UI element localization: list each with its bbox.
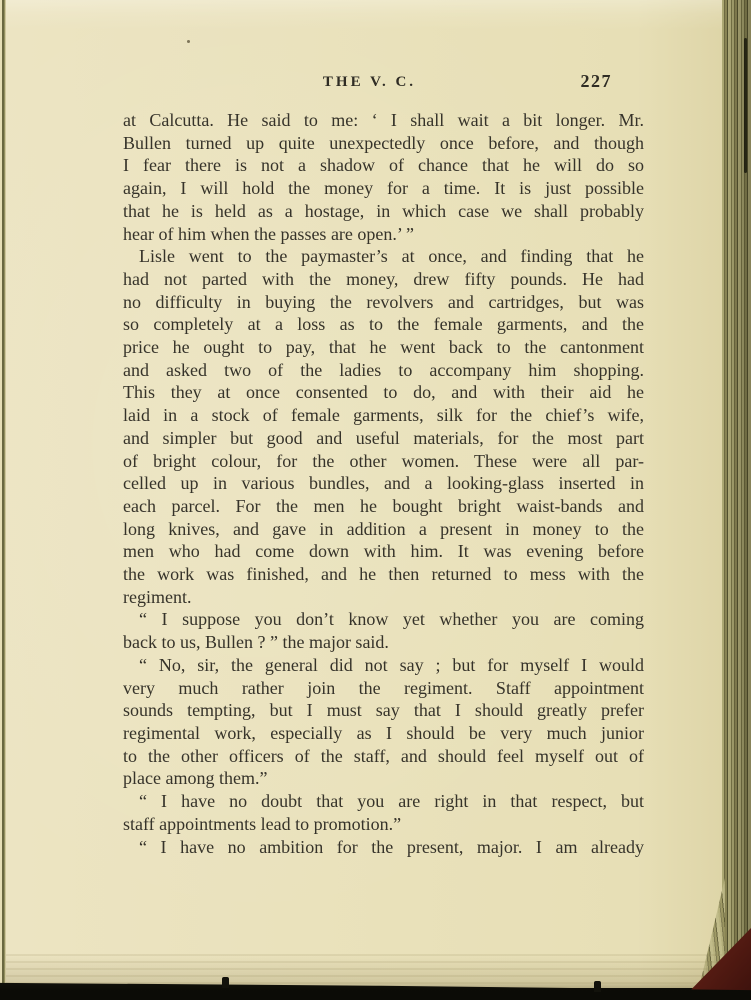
text-line: Bullen turned up quite unexpectedly once…: [123, 132, 644, 155]
page-bottom-edges: [6, 954, 722, 988]
text-line: “ I suppose you don’t know yet whether y…: [123, 608, 644, 631]
text-line: men who had come down with him. It was e…: [123, 540, 644, 563]
text-line: and asked two of the ladies to accompany…: [123, 359, 644, 382]
paragraph: “ I suppose you don’t know yet whether y…: [123, 608, 644, 653]
text-line: and simpler but good and useful material…: [123, 427, 644, 450]
page-number: 227: [581, 71, 613, 92]
text-line: laid in a stock of female garments, silk…: [123, 404, 644, 427]
band-mark: [222, 977, 229, 988]
paragraph: “ No, sir, the general did not say ; but…: [123, 654, 644, 790]
book-page: THE V. C. 227 at Calcutta. He said to me…: [6, 0, 722, 988]
text-line: “ I have no ambition for the present, ma…: [123, 836, 644, 859]
text-line: long knives, and gave in addition a pres…: [123, 518, 644, 541]
page-text: at Calcutta. He said to me: ‘ I shall wa…: [123, 109, 644, 858]
text-line: very much rather join the regiment. Staf…: [123, 677, 644, 700]
paragraph: at Calcutta. He said to me: ‘ I shall wa…: [123, 109, 644, 245]
text-line: of bright colour, for the other women. T…: [123, 450, 644, 473]
text-line: place among them.”: [123, 767, 644, 790]
running-title: THE V. C.: [109, 74, 630, 91]
text-line: regiment.: [123, 586, 644, 609]
text-line: “ No, sir, the general did not say ; but…: [123, 654, 644, 677]
text-line: regimental work, especially as I should …: [123, 722, 644, 745]
text-line: price he ought to pay, that he went back…: [123, 336, 644, 359]
paragraph: “ I have no ambition for the present, ma…: [123, 836, 644, 859]
book-scan: THE V. C. 227 at Calcutta. He said to me…: [0, 0, 751, 1000]
paragraph: “ I have no doubt that you are right in …: [123, 790, 644, 835]
text-line: This they at once consented to do, and w…: [123, 381, 644, 404]
text-line: to the other officers of the staff, and …: [123, 745, 644, 768]
running-header: THE V. C. 227: [123, 74, 644, 96]
text-line: “ I have no doubt that you are right in …: [123, 790, 644, 813]
band-mark: [594, 981, 601, 992]
text-line: staff appointments lead to promotion.”: [123, 813, 644, 836]
text-line: back to us, Bullen ? ” the major said.: [123, 631, 644, 654]
text-line: hear of him when the passes are open.’ ”: [123, 223, 644, 246]
text-line: celled up in various bundles, and a look…: [123, 472, 644, 495]
text-line: at Calcutta. He said to me: ‘ I shall wa…: [123, 109, 644, 132]
paragraph: Lisle went to the paymaster’s at once, a…: [123, 245, 644, 608]
text-line: sounds tempting, but I must say that I s…: [123, 699, 644, 722]
text-line: the work was finished, and he then retur…: [123, 563, 644, 586]
book-left-edge: [0, 0, 6, 988]
text-line: so completely at a loss as to the female…: [123, 313, 644, 336]
text-line: Lisle went to the paymaster’s at once, a…: [123, 245, 644, 268]
text-line: that he is held as a hostage, in which c…: [123, 200, 644, 223]
text-line: had not parted with the money, drew fift…: [123, 268, 644, 291]
paper-speck: [187, 40, 190, 43]
page-edge-shadow-line: [744, 38, 747, 173]
text-line: I fear there is not a shadow of chance t…: [123, 154, 644, 177]
text-line: again, I will hold the money for a time.…: [123, 177, 644, 200]
text-line: each parcel. For the men he bought brigh…: [123, 495, 644, 518]
text-line: no difficulty in buying the revolvers an…: [123, 291, 644, 314]
